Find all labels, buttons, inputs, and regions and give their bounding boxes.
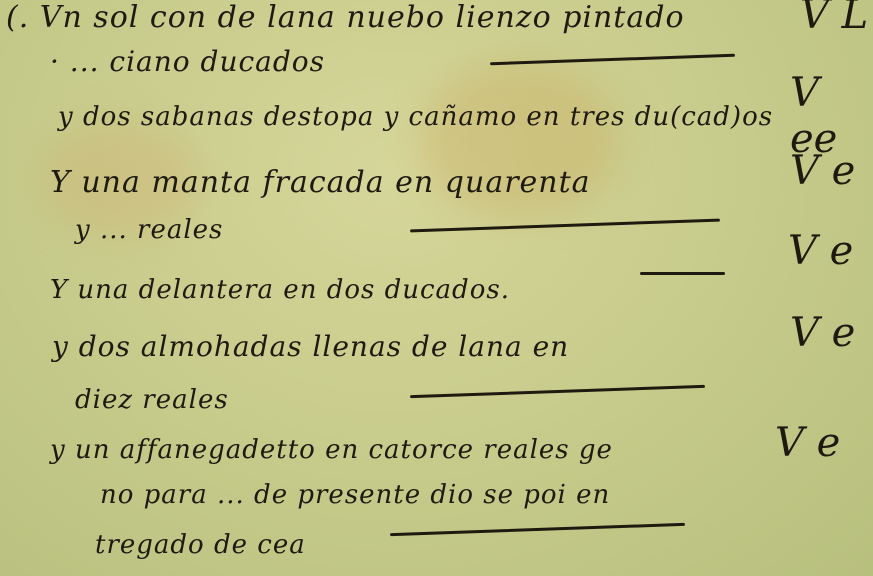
line-rule xyxy=(410,385,705,398)
margin-note: V e xyxy=(775,420,840,466)
entry-line: no para ... de presente dio se poi en xyxy=(100,480,610,510)
entry-line: tregado de cea xyxy=(95,530,306,560)
line-rule xyxy=(390,523,685,536)
entry-line: y ... reales xyxy=(75,215,223,245)
margin-note: V e xyxy=(790,310,855,356)
line-rule xyxy=(410,219,720,233)
entry-line: diez reales xyxy=(75,385,229,415)
entry-line: Y una manta fracada en quarenta xyxy=(50,165,591,200)
entry-line: · ... ciano ducados xyxy=(50,45,325,78)
margin-note: V e xyxy=(790,148,855,194)
entry-line: Y una delantera en dos ducados. xyxy=(50,275,510,305)
margin-note: V L xyxy=(800,0,868,38)
margin-note: V e xyxy=(788,228,853,274)
entry-line: y dos sabanas destopa y cañamo en tres d… xyxy=(58,102,773,132)
entry-line: y dos almohadas llenas de lana en xyxy=(52,330,569,363)
line-rule xyxy=(640,272,725,275)
entry-line: (. Vn sol con de lana nuebo lienzo pinta… xyxy=(6,0,685,35)
entry-line: y un affanegadetto en catorce reales ge xyxy=(50,435,613,465)
manuscript-page: (. Vn sol con de lana nuebo lienzo pinta… xyxy=(0,0,873,576)
